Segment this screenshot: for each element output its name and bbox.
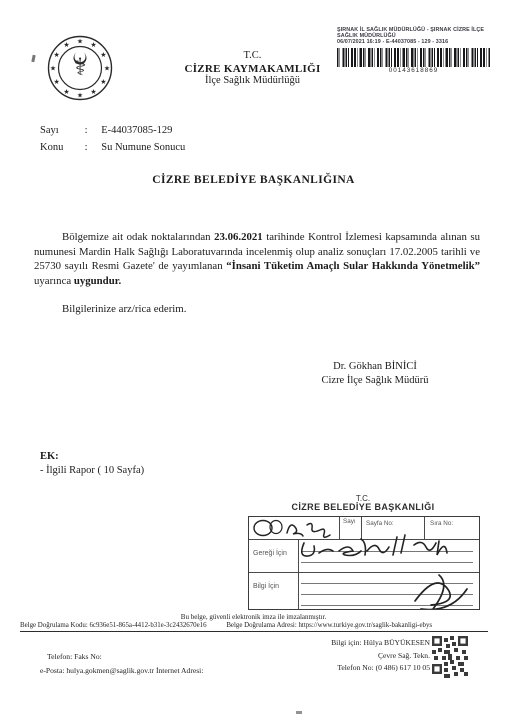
stamp-box: Sayı Sayfa No: Sıra No: Gereği İçin Bilg… xyxy=(248,516,480,610)
sayi-label: Sayı xyxy=(40,123,82,140)
ek-item: - İlgili Rapor ( 10 Sayfa) xyxy=(40,464,144,478)
barcode-caption-line3: 06/07/2021 16:19 - E-44037085 - 129 - 33… xyxy=(337,39,493,45)
esign-note: Bu belge, güvenli elektronik imza ile im… xyxy=(0,613,507,621)
ek-label: EK: xyxy=(40,450,144,464)
svg-text:★: ★ xyxy=(53,51,59,59)
letterhead-tc: T.C. xyxy=(140,50,365,63)
signature-block: Dr. Gökhan BİNİCİ Cizre İlçe Sağlık Müdü… xyxy=(275,360,475,387)
body-result-bold: uygundur. xyxy=(74,275,121,287)
contact-phone: Telefon No: (0 486) 617 10 05 xyxy=(331,662,430,675)
signer-title: Cizre İlçe Sağlık Müdürü xyxy=(275,374,475,388)
date-stamp-mark xyxy=(254,521,330,538)
letterhead-unit: İlçe Sağlık Müdürlüğü xyxy=(140,75,365,88)
caduceus-icon: ⚕ xyxy=(74,55,87,81)
document-meta: Sayı : E-44037085-129 Konu : Su Numune S… xyxy=(40,123,185,156)
sayi-row: Sayı : E-44037085-129 xyxy=(40,123,185,140)
svg-text:★: ★ xyxy=(77,92,83,100)
body-paragraph: Bölgemize ait odak noktalarından 23.06.2… xyxy=(34,230,480,288)
konu-colon: : xyxy=(85,140,99,157)
verification-row: Belge Doğrulama Kodu: 6c936e51-865a-4412… xyxy=(20,622,488,632)
recipient-title: CİZRE BELEDİYE BAŞKANLIĞINA xyxy=(0,174,507,186)
svg-text:★: ★ xyxy=(53,78,59,86)
signer-name: Dr. Gökhan BİNİCİ xyxy=(275,360,475,374)
handwritten-signature xyxy=(415,575,467,609)
health-ministry-emblem-logo: ★★★ ★★★ ★★★ ★★★ ⚕ xyxy=(46,34,114,102)
contact-name: Bilgi için: Hülya BÜYÜKESEN xyxy=(331,637,430,650)
stamp-org: CİZRE BELEDİYE BAŞKANLIĞI xyxy=(248,503,478,512)
footer-email: e-Posta: hulya.gokmen@saglik.gov.tr İnte… xyxy=(40,664,203,678)
body-text: Bölgemize ait odak noktalarından xyxy=(62,231,214,243)
left-footer-block: Telefon: Faks No: e-Posta: hulya.gokmen@… xyxy=(47,650,203,678)
verify-address: Belge Doğrulama Adresi: https://www.turk… xyxy=(226,622,432,629)
contact-block: Bilgi için: Hülya BÜYÜKESEN Çevre Sağ. T… xyxy=(331,637,430,675)
konu-value: Su Numune Sonucu xyxy=(101,140,185,157)
svg-text:★: ★ xyxy=(104,65,110,73)
svg-text:★: ★ xyxy=(90,88,96,96)
contact-title: Çevre Sağ. Tekn. xyxy=(331,650,430,663)
sayi-value: E-44037085-129 xyxy=(101,123,172,140)
stamp-header: T.C. CİZRE BELEDİYE BAŞKANLIĞI xyxy=(248,494,478,512)
handwritten-note xyxy=(302,535,447,556)
footer-phone-fax: Telefon: Faks No: xyxy=(47,650,203,664)
konu-label: Konu xyxy=(40,140,82,157)
svg-text:★: ★ xyxy=(100,51,106,59)
svg-text:★: ★ xyxy=(63,88,69,96)
svg-text:★: ★ xyxy=(100,78,106,86)
pen-mark-artifact xyxy=(31,55,35,62)
konu-row: Konu : Su Numune Sonucu xyxy=(40,140,185,157)
body-date-bold: 23.06.2021 xyxy=(214,231,263,243)
qr-code xyxy=(432,636,468,678)
svg-text:★: ★ xyxy=(50,65,56,73)
body-regulation-bold: “İnsani Tüketim Amaçlı Sular Hakkında Yö… xyxy=(226,260,480,272)
letterhead: T.C. CİZRE KAYMAKAMLIĞI İlçe Sağlık Müdü… xyxy=(140,50,365,88)
closing-line: Bilgilerinize arz/rica ederim. xyxy=(62,303,186,315)
letterhead-org: CİZRE KAYMAKAMLIĞI xyxy=(140,63,365,76)
svg-text:★: ★ xyxy=(63,41,69,49)
scan-artifact xyxy=(296,711,302,714)
svg-text:★: ★ xyxy=(90,41,96,49)
attachment-block: EK: - İlgili Rapor ( 10 Sayfa) xyxy=(40,450,144,478)
stamp-handwriting xyxy=(249,517,479,609)
svg-text:★: ★ xyxy=(77,38,83,46)
body-text: uyarınca xyxy=(34,275,74,287)
verify-code: Belge Doğrulama Kodu: 6c936e51-865a-4412… xyxy=(20,622,207,629)
sayi-colon: : xyxy=(85,123,99,140)
scanned-letter-page: ★★★ ★★★ ★★★ ★★★ ⚕ ŞIRNAK İL SAĞLIK MÜDÜR… xyxy=(0,0,507,720)
